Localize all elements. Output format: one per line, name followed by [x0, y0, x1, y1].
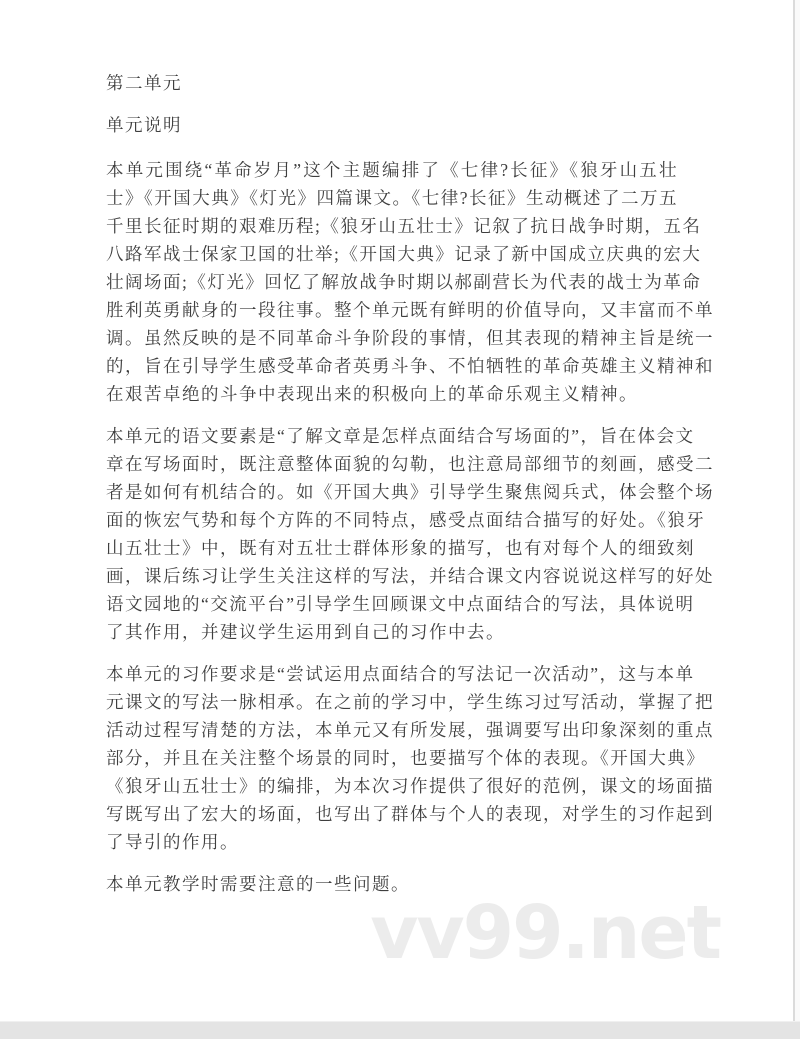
page-edge-divider [793, 0, 795, 1039]
paragraph: 本单元的习作要求是“尝试运用点面结合的写法记一次活动”，这与本单元课文的写法一脉… [106, 660, 678, 856]
text-line: 章在写场面时，既注意整体面貌的勾勒，也注意局部细节的刻画，感受二 [106, 450, 678, 478]
text-line: 本单元的语文要素是“了解文章是怎样点面结合写场面的”，旨在体会文 [106, 422, 678, 450]
text-line: 者是如何有机结合的。如《开国大典》引导学生聚焦阅兵式，体会整个场 [106, 478, 678, 506]
bottom-bar [0, 1021, 800, 1039]
paragraph: 本单元教学时需要注意的一些问题。 [106, 870, 678, 898]
text-line: 了导引的作用。 [106, 828, 678, 856]
text-line: 部分，并且在关注整个场景的同时，也要描写个体的表现。《开国大典》 [106, 744, 678, 772]
section-title: 单元说明 [106, 115, 678, 135]
text-line: 八路军战士保家卫国的壮举;《开国大典》记录了新中国成立庆典的宏大 [106, 240, 678, 268]
text-line: 胜利英勇献身的一段往事。整个单元既有鲜明的价值导向，又丰富而不单 [106, 296, 678, 324]
document-page: vv99.net 第二单元 单元说明 本单元围绕“革命岁月”这个主题编排了《七律… [0, 0, 800, 1039]
text-line: 壮阔场面;《灯光》回忆了解放战争时期以郝副营长为代表的战士为革命 [106, 268, 678, 296]
paragraph: 本单元围绕“革命岁月”这个主题编排了《七律?长征》《狼牙山五壮士》《开国大典》《… [106, 156, 678, 408]
unit-title: 第二单元 [106, 73, 678, 93]
text-line: 调。虽然反映的是不同革命斗争阶段的事情，但其表现的精神主旨是统一 [106, 324, 678, 352]
document-text-block: 第二单元 单元说明 本单元围绕“革命岁月”这个主题编排了《七律?长征》《狼牙山五… [106, 73, 678, 912]
paragraph: 本单元的语文要素是“了解文章是怎样点面结合写场面的”，旨在体会文章在写场面时，既… [106, 422, 678, 646]
page-right-margin-strip [795, 0, 800, 1039]
text-line: 元课文的写法一脉相承。在之前的学习中，学生练习过写活动，掌握了把 [106, 688, 678, 716]
text-line: 在艰苦卓绝的斗争中表现出来的积极向上的革命乐观主义精神。 [106, 380, 678, 408]
text-line: 了其作用，并建议学生运用到自己的习作中去。 [106, 618, 678, 646]
text-line: 的，旨在引导学生感受革命者英勇斗争、不怕牺牲的革命英雄主义精神和 [106, 352, 678, 380]
text-line: 本单元的习作要求是“尝试运用点面结合的写法记一次活动”，这与本单 [106, 660, 678, 688]
text-line: 写既写出了宏大的场面，也写出了群体与个人的表现，对学生的习作起到 [106, 800, 678, 828]
text-line: 画，课后练习让学生关注这样的写法，并结合课文内容说说这样写的好处 [106, 562, 678, 590]
text-line: 山五壮士》中，既有对五壮士群体形象的描写，也有对每个人的细致刻 [106, 534, 678, 562]
text-line: 本单元围绕“革命岁月”这个主题编排了《七律?长征》《狼牙山五壮 [106, 156, 678, 184]
text-line: 面的恢宏气势和每个方阵的不同特点，感受点面结合描写的好处。《狼牙 [106, 506, 678, 534]
document-body: 本单元围绕“革命岁月”这个主题编排了《七律?长征》《狼牙山五壮士》《开国大典》《… [106, 156, 678, 898]
text-line: 活动过程写清楚的方法，本单元又有所发展，强调要写出印象深刻的重点 [106, 716, 678, 744]
text-line: 千里长征时期的艰难历程;《狼牙山五壮士》记叙了抗日战争时期，五名 [106, 212, 678, 240]
text-line: 士》《开国大典》《灯光》四篇课文。《七律?长征》生动概述了二万五 [106, 184, 678, 212]
text-line: 本单元教学时需要注意的一些问题。 [106, 870, 678, 898]
text-line: 语文园地的“交流平台”引导学生回顾课文中点面结合的写法，具体说明 [106, 590, 678, 618]
text-line: 《狼牙山五壮士》的编排，为本次习作提供了很好的范例，课文的场面描 [106, 772, 678, 800]
